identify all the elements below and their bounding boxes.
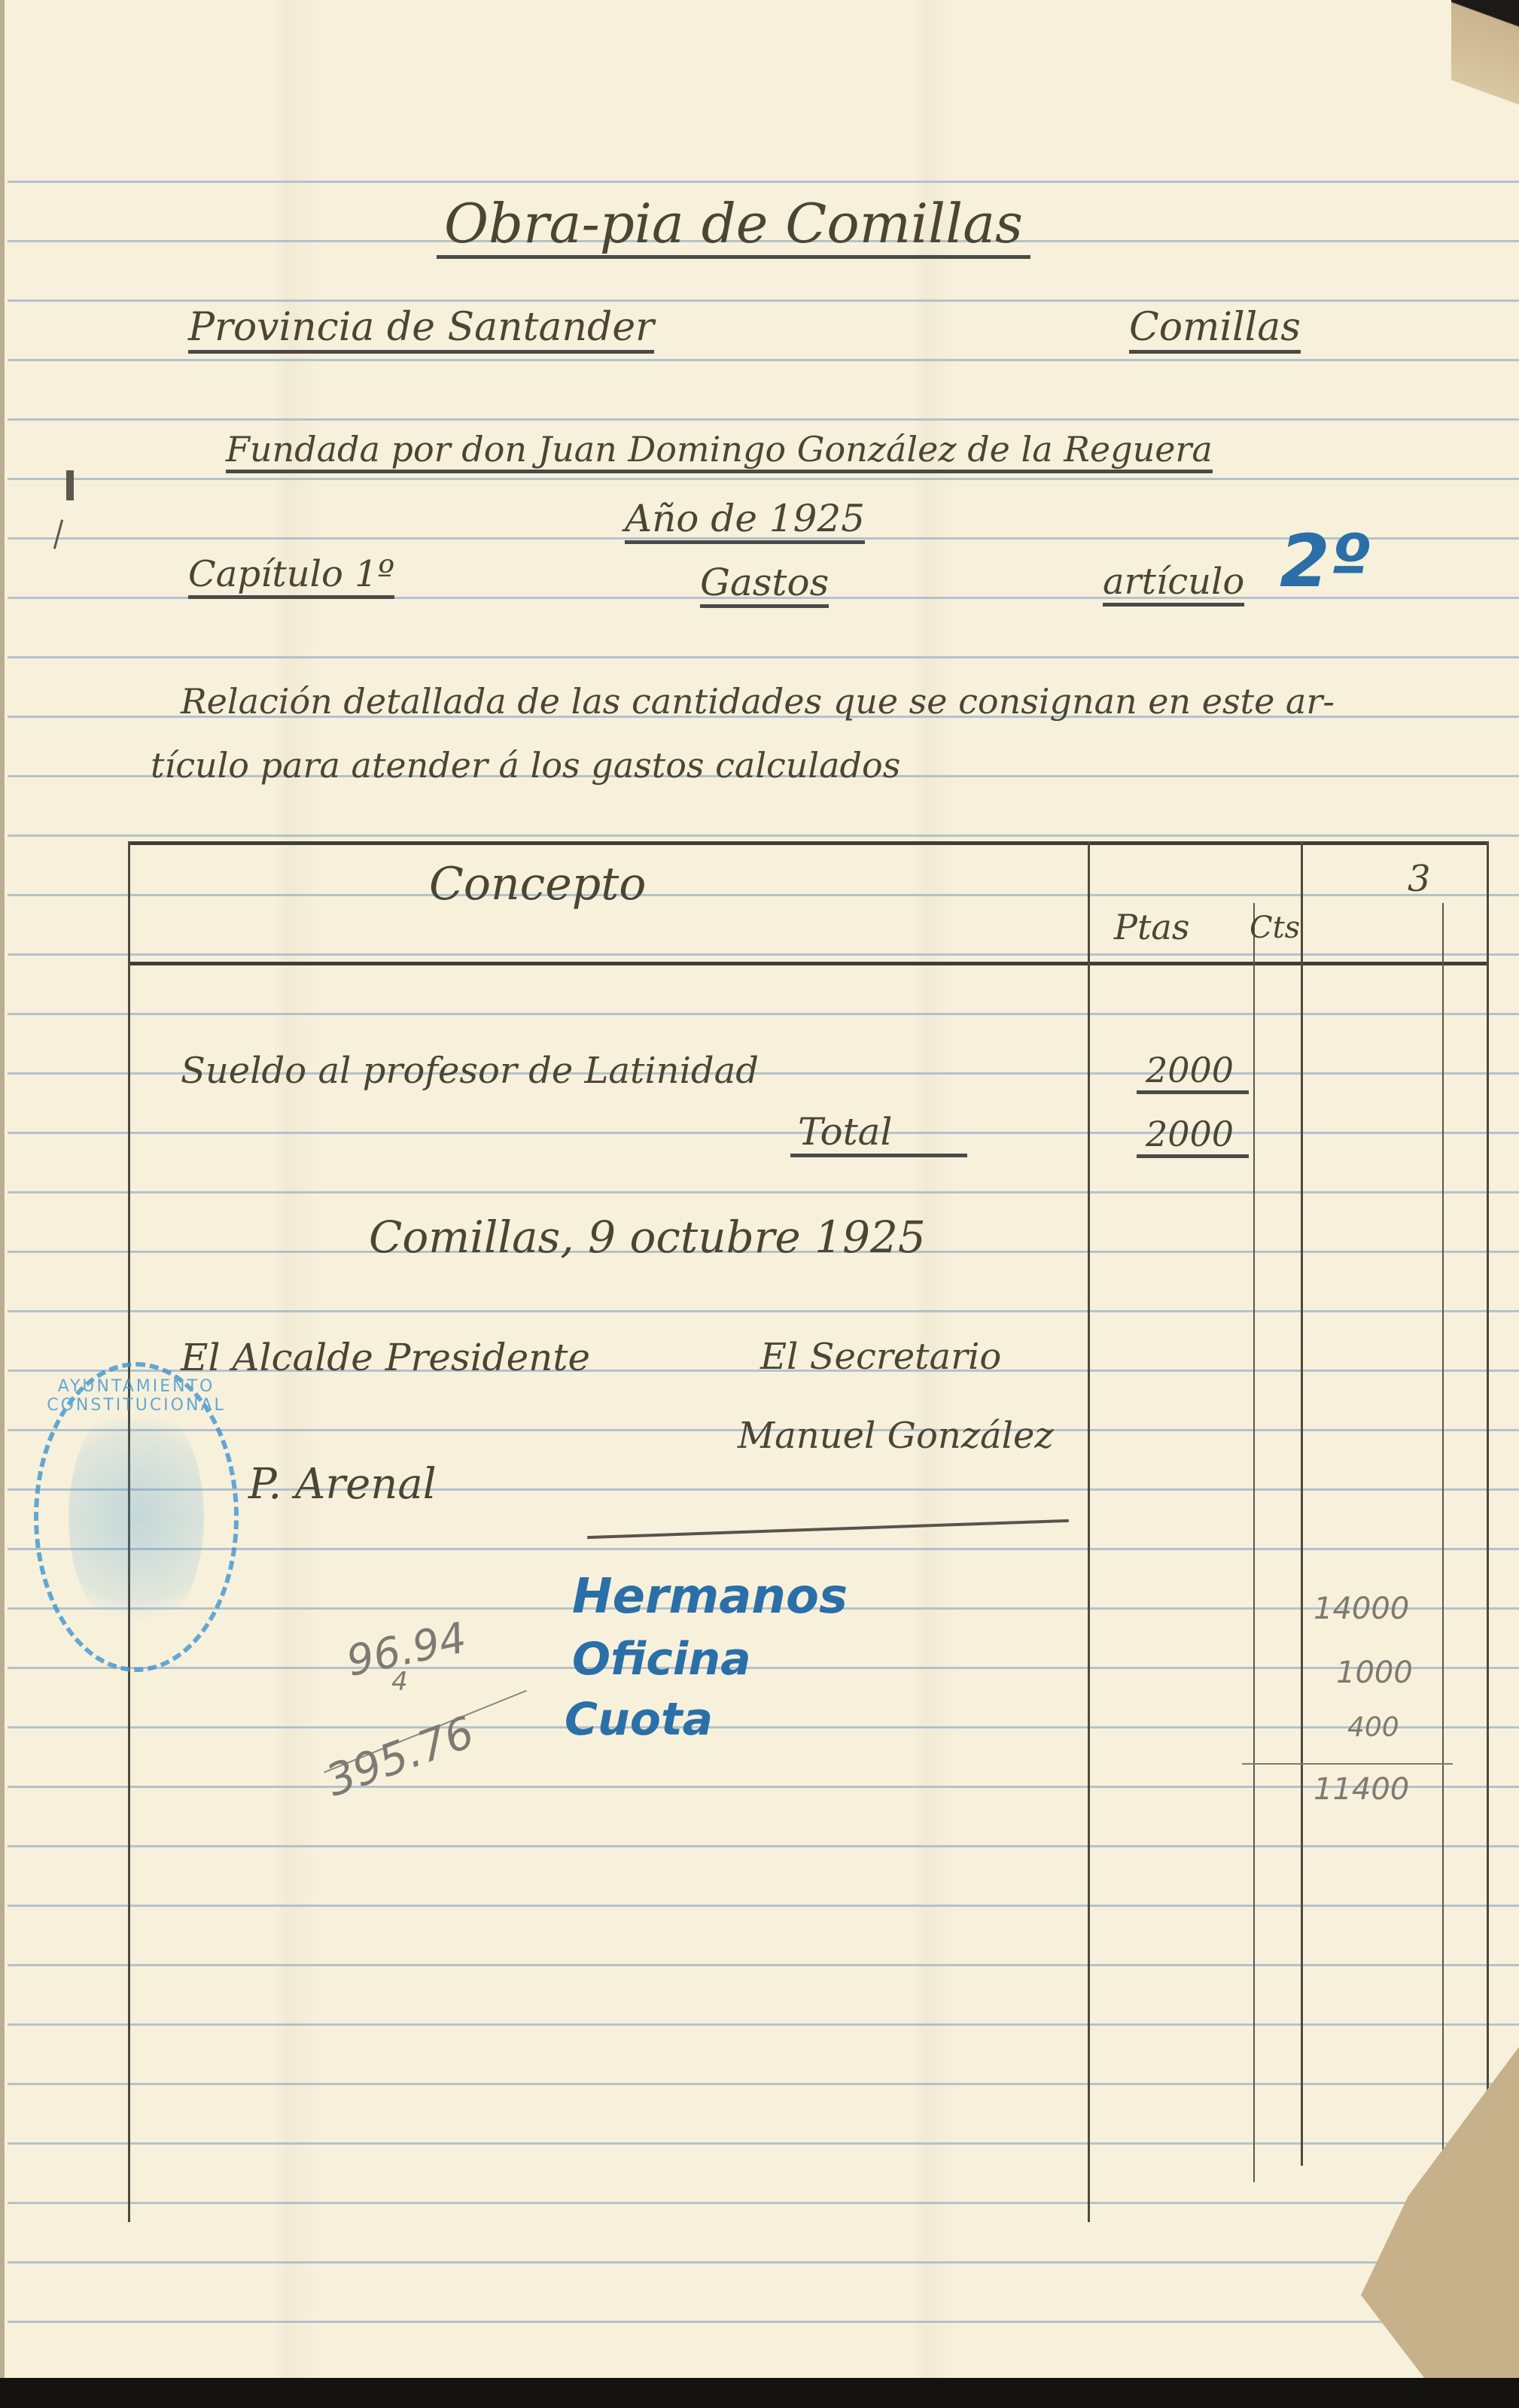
founder-line: Fundada por don Juan Domingo González de…: [226, 429, 1213, 473]
header-centimos: Cts: [1250, 911, 1300, 945]
intro-line-1: Relación detallada de las cantidades que…: [181, 681, 1335, 722]
ruled-line: [8, 2261, 1519, 2264]
ruled-line: [8, 1013, 1519, 1015]
margin-ink-stroke: [53, 519, 63, 549]
ruled-line: [8, 181, 1519, 183]
mayor-title: El Alcalde Presidente: [181, 1336, 590, 1379]
table-header-border: [128, 962, 1489, 965]
ruled-line: [8, 1845, 1519, 1847]
table-col-cents-border: [1253, 903, 1255, 2182]
table-top-border: [128, 841, 1489, 845]
table-col-extra-border: [1301, 841, 1303, 2166]
chapter-label: Capítulo 1º: [188, 553, 394, 599]
page-left-edge: [0, 0, 5, 2408]
ruled-line: [8, 1964, 1519, 1966]
ruled-line: [8, 1132, 1519, 1134]
pencil-result: 395.76: [319, 1706, 480, 1806]
pencil-divisor: 4: [391, 1667, 408, 1697]
table-right-border: [1487, 841, 1489, 2151]
page-bottom-edge: [0, 2378, 1519, 2408]
ruled-line: [8, 1786, 1519, 1788]
ruled-line: [8, 359, 1519, 361]
section-label: Gastos: [700, 561, 829, 608]
table-col-extra-sub-border: [1442, 903, 1444, 2227]
ruled-line: [8, 894, 1519, 896]
ruled-line: [8, 1191, 1519, 1193]
ruled-line: [8, 656, 1519, 658]
right-figure-total: 11400: [1314, 1772, 1409, 1807]
ruled-line: [8, 1726, 1519, 1728]
ruled-line: [8, 1310, 1519, 1312]
document-title: Obra-pia de Comillas: [437, 192, 1030, 259]
municipality-label: Comillas: [1129, 305, 1301, 354]
article-number: 2º: [1280, 519, 1371, 604]
torn-corner-top-right: [1451, 0, 1519, 105]
seal-emblem: [68, 1397, 204, 1637]
header-concepto: Concepto: [429, 858, 646, 911]
right-figure-3: 400: [1347, 1712, 1399, 1743]
blue-note-oficina: Oficina: [572, 1633, 751, 1686]
header-pesetas: Ptas: [1114, 907, 1189, 947]
header-extra: 3: [1408, 858, 1431, 900]
ruled-line: [8, 835, 1519, 837]
intro-line-2: tículo para atender á los gastos calcula…: [151, 745, 900, 786]
ruled-line: [8, 2023, 1519, 2026]
right-figure-2: 1000: [1336, 1655, 1413, 1690]
secretary-signature: Manuel González: [738, 1415, 1054, 1457]
ruled-line: [8, 1905, 1519, 1907]
table-col-pesetas-border: [1088, 841, 1090, 2222]
mayor-signature: P. Arenal: [248, 1460, 437, 1509]
right-figure-1: 14000: [1314, 1592, 1409, 1626]
ruled-line: [8, 953, 1519, 956]
blue-note-cuota: Cuota: [565, 1693, 713, 1746]
article-label: artículo: [1103, 561, 1244, 607]
ruled-line: [8, 2142, 1519, 2145]
total-value: 2000: [1137, 1114, 1249, 1158]
folded-corner-bottom-right: [1361, 2047, 1519, 2378]
ruled-line: [8, 418, 1519, 421]
municipal-seal-stamp: AYUNTAMIENTO CONSTITUCIONAL: [34, 1362, 239, 1672]
province-label: Provincia de Santander: [188, 305, 654, 354]
signature-flourish: [587, 1519, 1069, 1539]
row-concept: Sueldo al profesor de Latinidad: [181, 1050, 759, 1092]
seal-text: AYUNTAMIENTO CONSTITUCIONAL: [38, 1377, 234, 1415]
total-label: Total: [790, 1110, 967, 1157]
row-pesetas: 2000: [1137, 1050, 1249, 1094]
ruled-line: [8, 1667, 1519, 1669]
place-date: Comillas, 9 octubre 1925: [369, 1212, 926, 1263]
ruled-line: [8, 2202, 1519, 2204]
secretary-title: El Secretario: [760, 1336, 1001, 1378]
right-sum-line: [1242, 1763, 1453, 1765]
document-page: Obra-pia de Comillas Provincia de Santan…: [0, 0, 1519, 2408]
ruled-line: [8, 2083, 1519, 2085]
ruled-line: [8, 299, 1519, 302]
ruled-line: [8, 478, 1519, 480]
ruled-line: [8, 2321, 1519, 2323]
blue-note-hermanos: Hermanos: [572, 1569, 848, 1625]
year-line: Año de 1925: [625, 497, 865, 544]
margin-ink-mark: [66, 470, 74, 500]
